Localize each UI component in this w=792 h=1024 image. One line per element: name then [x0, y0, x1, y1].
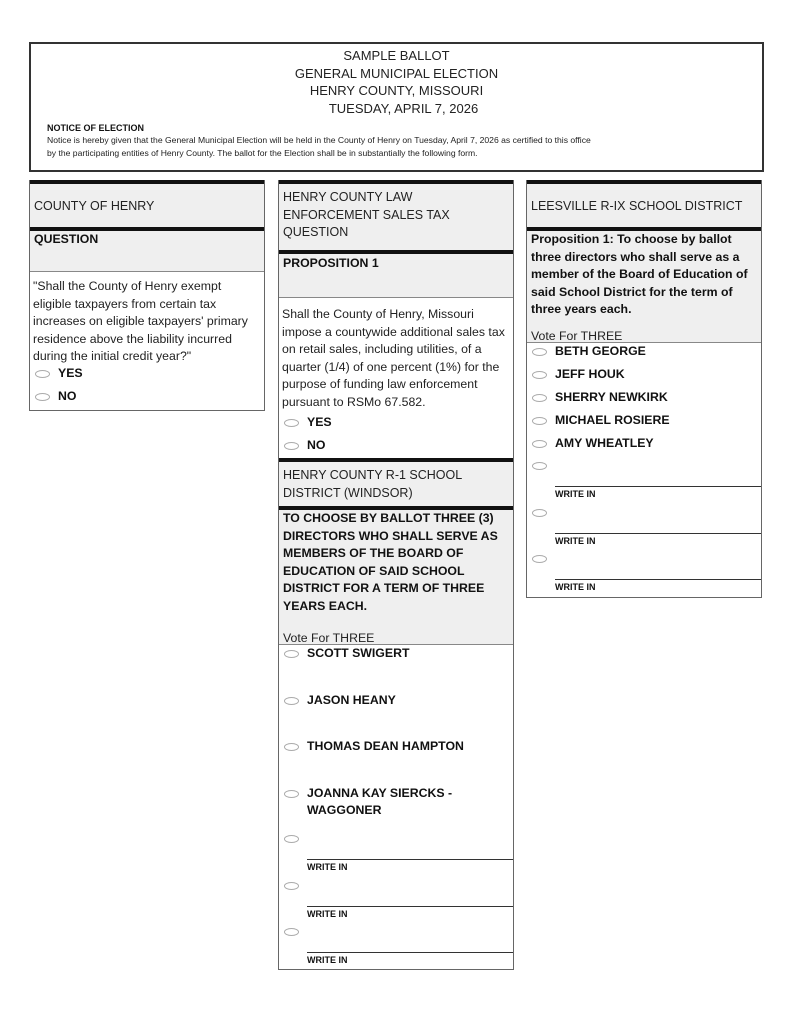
- write-in-label: WRITE IN: [555, 536, 596, 546]
- header-election: GENERAL MUNICIPAL ELECTION: [31, 65, 762, 83]
- contest-henry-r1-school: HENRY COUNTY R-1 SCHOOL DISTRICT (WINDSO…: [278, 458, 514, 970]
- instructions-block: TO CHOOSE BY BALLOT THREE (3) DIRECTORS …: [279, 506, 513, 645]
- choice-label: YES: [307, 414, 332, 431]
- oval-icon[interactable]: [284, 790, 299, 798]
- question-subtitle: QUESTION: [30, 231, 264, 249]
- contest-title: HENRY COUNTY R-1 SCHOOL DISTRICT (WINDSO…: [279, 467, 513, 502]
- candidate-name: AMY WHEATLEY: [555, 435, 654, 452]
- oval-icon[interactable]: [284, 419, 299, 427]
- instructions-block: Proposition 1: To choose by ballot three…: [527, 227, 761, 343]
- write-in-label: WRITE IN: [555, 489, 596, 499]
- instructions-text: TO CHOOSE BY BALLOT THREE (3) DIRECTORS …: [279, 510, 513, 615]
- write-in-line[interactable]: [307, 906, 513, 907]
- candidate-name: BETH GEORGE: [555, 343, 646, 360]
- oval-icon[interactable]: [532, 509, 547, 517]
- oval-icon[interactable]: [284, 442, 299, 450]
- proposition-header: PROPOSITION 1: [279, 250, 513, 298]
- contest-law-enforcement-tax: HENRY COUNTY LAW ENFORCEMENT SALES TAX Q…: [278, 180, 514, 459]
- oval-icon[interactable]: [532, 555, 547, 563]
- ballot-header: SAMPLE BALLOT GENERAL MUNICIPAL ELECTION…: [29, 42, 764, 172]
- candidate-item[interactable]: SHERRY NEWKIRK: [527, 389, 761, 412]
- candidate-name: SHERRY NEWKIRK: [555, 389, 668, 406]
- candidate-item[interactable]: JASON HEANY: [279, 692, 513, 739]
- oval-icon[interactable]: [284, 835, 299, 843]
- write-in-label: WRITE IN: [307, 862, 348, 872]
- oval-icon[interactable]: [35, 393, 50, 401]
- write-in-slot[interactable]: WRITE IN: [527, 551, 761, 598]
- write-in-slot[interactable]: WRITE IN: [279, 831, 513, 878]
- oval-icon[interactable]: [284, 882, 299, 890]
- choice-label: NO: [58, 388, 76, 405]
- write-in-slot[interactable]: WRITE IN: [279, 924, 513, 971]
- vote-for-label: Vote For THREE: [280, 631, 377, 645]
- choice-no[interactable]: NO: [279, 436, 513, 459]
- choice-label: YES: [58, 365, 83, 382]
- choice-yes[interactable]: YES: [30, 365, 264, 388]
- candidate-item[interactable]: JOANNA KAY SIERCKS - WAGGONER: [279, 785, 513, 832]
- candidate-item[interactable]: JEFF HOUK: [527, 366, 761, 389]
- contest-title: COUNTY OF HENRY: [30, 198, 264, 216]
- contest-header: HENRY COUNTY LAW ENFORCEMENT SALES TAX Q…: [279, 180, 513, 250]
- notice-title: NOTICE OF ELECTION: [47, 123, 762, 133]
- choice-yes[interactable]: YES: [279, 413, 513, 436]
- oval-icon[interactable]: [532, 417, 547, 425]
- oval-icon[interactable]: [532, 440, 547, 448]
- candidate-item[interactable]: AMY WHEATLEY: [527, 435, 761, 458]
- write-in-slot[interactable]: WRITE IN: [527, 458, 761, 505]
- contest-title: LEESVILLE R-IX SCHOOL DISTRICT: [527, 198, 761, 216]
- oval-icon[interactable]: [284, 743, 299, 751]
- oval-icon[interactable]: [532, 394, 547, 402]
- notice-text-line-2: by the participating entities of Henry C…: [47, 147, 762, 160]
- contest-title: HENRY COUNTY LAW ENFORCEMENT SALES TAX Q…: [279, 189, 513, 242]
- candidate-item[interactable]: THOMAS DEAN HAMPTON: [279, 738, 513, 785]
- candidate-item[interactable]: BETH GEORGE: [527, 343, 761, 366]
- oval-icon[interactable]: [284, 697, 299, 705]
- choice-no[interactable]: NO: [30, 388, 264, 411]
- contest-county-of-henry: COUNTY OF HENRY QUESTION "Shall the Coun…: [29, 180, 265, 411]
- contest-header: LEESVILLE R-IX SCHOOL DISTRICT: [527, 180, 761, 227]
- oval-icon[interactable]: [35, 370, 50, 378]
- header-county: HENRY COUNTY, MISSOURI: [31, 82, 762, 100]
- oval-icon[interactable]: [284, 650, 299, 658]
- candidate-name: JEFF HOUK: [555, 366, 625, 383]
- question-text: "Shall the County of Henry exempt eligib…: [30, 272, 264, 365]
- question-header: QUESTION: [30, 227, 264, 272]
- candidate-name: JOANNA KAY SIERCKS - WAGGONER: [307, 785, 487, 819]
- write-in-line[interactable]: [555, 533, 761, 534]
- proposition-text: Shall the County of Henry, Missouri impo…: [279, 298, 513, 413]
- instructions-text: Proposition 1: To choose by ballot three…: [527, 231, 761, 319]
- proposition-subtitle: PROPOSITION 1: [279, 254, 513, 273]
- vote-for-label: Vote For THREE: [528, 329, 625, 343]
- oval-icon[interactable]: [284, 928, 299, 936]
- candidate-name: SCOTT SWIGERT: [307, 645, 409, 662]
- header-title: SAMPLE BALLOT: [31, 47, 762, 65]
- write-in-slot[interactable]: WRITE IN: [279, 878, 513, 925]
- candidate-name: JASON HEANY: [307, 692, 396, 709]
- oval-icon[interactable]: [532, 348, 547, 356]
- write-in-line[interactable]: [555, 486, 761, 487]
- candidate-item[interactable]: MICHAEL ROSIERE: [527, 412, 761, 435]
- oval-icon[interactable]: [532, 462, 547, 470]
- write-in-label: WRITE IN: [555, 582, 596, 592]
- contest-leesville-r9-school: LEESVILLE R-IX SCHOOL DISTRICT Propositi…: [526, 180, 762, 598]
- write-in-label: WRITE IN: [307, 909, 348, 919]
- header-date: TUESDAY, APRIL 7, 2026: [31, 100, 762, 118]
- candidate-name: MICHAEL ROSIERE: [555, 412, 670, 429]
- write-in-line[interactable]: [555, 579, 761, 580]
- choice-label: NO: [307, 437, 325, 454]
- write-in-slot[interactable]: WRITE IN: [527, 505, 761, 552]
- notice-text: Notice is hereby given that the General …: [47, 134, 762, 160]
- candidate-item[interactable]: SCOTT SWIGERT: [279, 645, 513, 692]
- candidate-name: THOMAS DEAN HAMPTON: [307, 738, 464, 755]
- contest-header: COUNTY OF HENRY: [30, 180, 264, 227]
- contest-header: HENRY COUNTY R-1 SCHOOL DISTRICT (WINDSO…: [279, 458, 513, 506]
- write-in-line[interactable]: [307, 952, 513, 953]
- notice-text-line-1: Notice is hereby given that the General …: [47, 134, 762, 147]
- oval-icon[interactable]: [532, 371, 547, 379]
- write-in-line[interactable]: [307, 859, 513, 860]
- write-in-label: WRITE IN: [307, 955, 348, 965]
